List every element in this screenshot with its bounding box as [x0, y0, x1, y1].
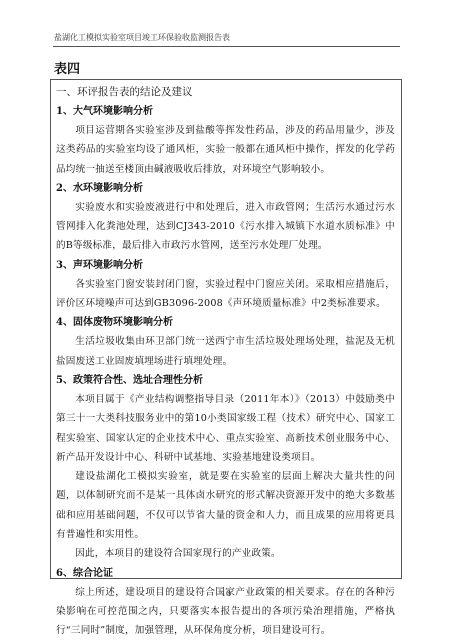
- paragraph: 建设盐湖化工模拟实验室，就是要在实验室的层面上解决大量共性的问题，以体制研究而不…: [56, 467, 395, 544]
- page-number: 10: [0, 590, 452, 598]
- conclusions-box: 一、环评报告表的结论及建议 1、大气环境影响分析 项目运营期各实验室涉及到盐酸等…: [50, 79, 402, 579]
- subsection-solid-waste: 4、固体废物环境影响分析 生活垃圾收集由环卫部门统一送西宁市生活垃圾处理场处理，…: [56, 313, 395, 371]
- subsection-heading: 4、固体废物环境影响分析: [56, 313, 395, 332]
- subsection-noise: 3、声环境影响分析 各实验室门窗安装封闭门窗，实验过程中门窗应关闭。采取相应措施…: [56, 256, 395, 314]
- paragraph: 实验废水和实验废液进行中和处理后，进入市政管网；生活污水通过污水管网排入化粪池处…: [56, 198, 395, 256]
- paragraph: 生活垃圾收集由环卫部门统一送西宁市生活垃圾处理场处理，盐泥及无机盐固废送工业固废…: [56, 332, 395, 371]
- subsection-heading: 3、声环境影响分析: [56, 256, 395, 275]
- subsection-policy: 5、政策符合性、选址合理性分析 本项目属于《产业结构调整指导目录（2011年本）…: [56, 371, 395, 564]
- subsection-summary: 6、综合论证 综上所述，建设项目的建设符合国家产业政策的相关要求。存在的各种污染…: [56, 564, 395, 640]
- subsection-water: 2、水环境影响分析 实验废水和实验废液进行中和处理后，进入市政管网；生活污水通过…: [56, 179, 395, 256]
- section-title: 一、环评报告表的结论及建议: [56, 83, 395, 102]
- subsection-heading: 1、大气环境影响分析: [56, 102, 395, 121]
- header-rule: [53, 46, 400, 47]
- table-title: 表四: [54, 58, 80, 77]
- paragraph: 各实验室门窗安装封闭门窗，实验过程中门窗应关闭。采取相应措施后，评价区环境噪声可…: [56, 275, 395, 314]
- paragraph: 因此，本项目的建设符合国家现行的产业政策。: [56, 544, 395, 563]
- running-header: 盐湖化工模拟实验室项目竣工环保验收监测报告表: [54, 32, 230, 43]
- paragraph: 本项目属于《产业结构调整指导目录（2011年本）》（2013）中鼓励类中第三十一…: [56, 390, 395, 467]
- subsection-heading: 6、综合论证: [56, 564, 395, 583]
- subsection-air: 1、大气环境影响分析 项目运营期各实验室涉及到盐酸等挥发性药品，涉及的药品用量少…: [56, 102, 395, 179]
- subsection-heading: 5、政策符合性、选址合理性分析: [56, 371, 395, 390]
- paragraph: 项目运营期各实验室涉及到盐酸等挥发性药品，涉及的药品用量少，涉及这类药品的实验室…: [56, 121, 395, 179]
- subsection-heading: 2、水环境影响分析: [56, 179, 395, 198]
